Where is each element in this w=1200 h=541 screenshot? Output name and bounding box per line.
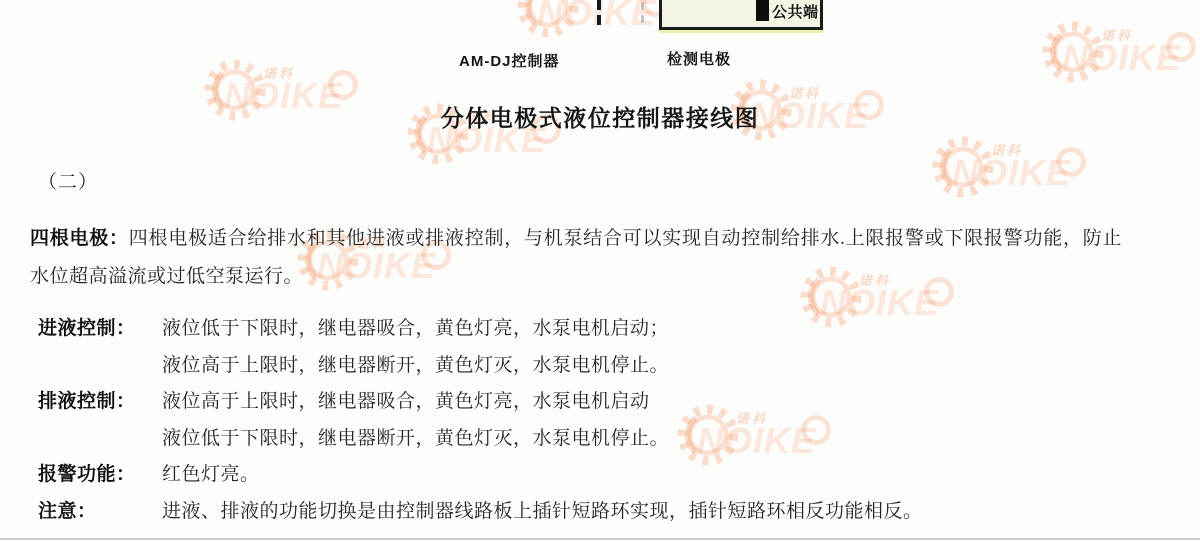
item-label: 进液控制：	[38, 313, 162, 340]
intro-label: 四根电极：	[30, 228, 129, 249]
item-text: 液位高于上限时，继电器吸合，黄色灯亮，水泵电机启动	[162, 386, 650, 413]
item-text: 液位低于下限时，继电器吸合，黄色灯亮，水泵电机启动；	[162, 313, 669, 340]
scan-edge-line	[0, 538, 1200, 540]
spec-list: 进液控制： 液位低于下限时，继电器吸合，黄色灯亮，水泵电机启动； 液位高于上限时…	[38, 313, 1168, 532]
electrode-label: 检测电极	[667, 48, 731, 69]
section-index: （二）	[38, 167, 98, 194]
document-content: 公共端 AM-DJ控制器 检测电极 分体电极式液位控制器接线图 （二） 四根电极…	[0, 0, 1200, 541]
list-item: 液位低于下限时，继电器断开，黄色灯灭，水泵电机停止。	[38, 423, 1168, 460]
common-electrode-bar	[756, 0, 769, 21]
common-terminal-label: 公共端	[772, 1, 819, 22]
wire-dashed-line	[597, 0, 601, 27]
item-text: 红色灯亮。	[162, 459, 260, 486]
item-label: 注意：	[38, 496, 162, 523]
scanned-manual-page: { "watermark": { "brand": "NOIKE", "cn":…	[0, 0, 1200, 541]
item-label: 排液控制：	[38, 386, 162, 413]
list-item: 注意： 进液、排液的功能切换是由控制器线路板上插针短路环实现，插针短路环相反功能…	[38, 496, 1168, 533]
item-label: 报警功能：	[38, 459, 162, 486]
list-item: 进液控制： 液位低于下限时，继电器吸合，黄色灯亮，水泵电机启动；	[38, 313, 1168, 350]
item-text: 液位高于上限时，继电器断开，黄色灯灭，水泵电机停止。	[162, 350, 669, 377]
item-text: 液位低于下限时，继电器断开，黄色灯灭，水泵电机停止。	[162, 423, 669, 450]
list-item: 排液控制： 液位高于上限时，继电器吸合，黄色灯亮，水泵电机启动	[38, 386, 1168, 423]
item-text: 进液、排液的功能切换是由控制器线路板上插针短路环实现，插针短路环相反功能相反。	[162, 496, 923, 523]
list-item: 报警功能： 红色灯亮。	[38, 459, 1168, 496]
intro-paragraph: 四根电极：四根电极适合给排水和其他进液或排液控制，与机泵结合可以实现自动控制给排…	[30, 220, 1122, 296]
figure-caption: 分体电极式液位控制器接线图	[0, 100, 1200, 133]
wire-dashed-line-faint	[641, 2, 644, 28]
intro-text: 四根电极适合给排水和其他进液或排液控制，与机泵结合可以实现自动控制给排水.上限报…	[30, 228, 1122, 287]
list-item: 液位高于上限时，继电器断开，黄色灯灭，水泵电机停止。	[38, 350, 1168, 387]
detection-electrode-box: 公共端	[659, 0, 823, 30]
controller-label: AM-DJ控制器	[459, 50, 560, 71]
